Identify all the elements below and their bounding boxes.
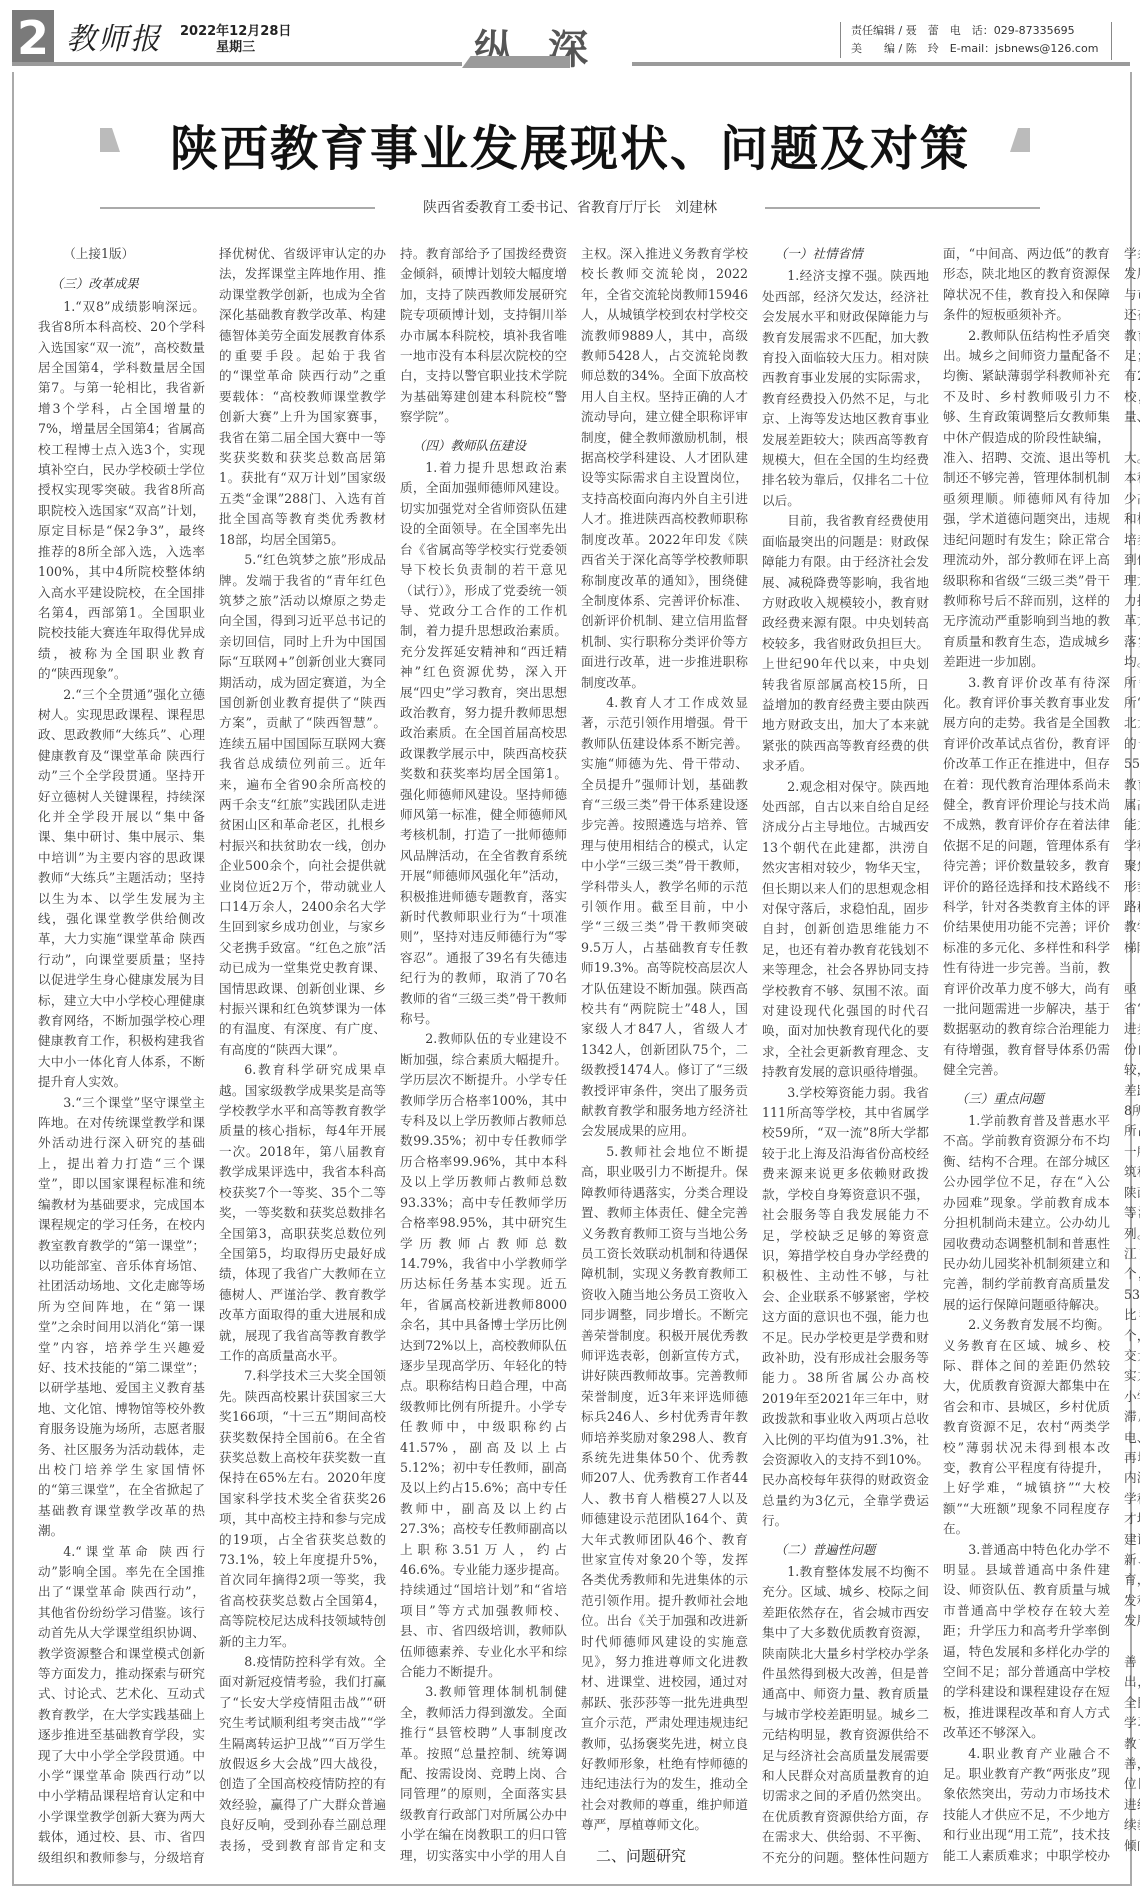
newspaper-logo: 教师报 [66, 14, 162, 58]
date-text: 2022年12月28日 [180, 24, 291, 40]
section-heading: （四）教师队伍建设 [400, 436, 567, 456]
article-paragraph: 1.学前教育普及普惠水平不高。学前教育资源分布不均衡、结构不合理。在部分城区公办… [943, 1111, 1110, 1315]
section-heading: （一）社情省情 [762, 244, 929, 264]
article-paragraph: 3.学校筹资能力弱。我省111所高等学校，其中省属学校59所，“双一流”8所大学… [762, 1083, 929, 1532]
byline-rule-right [765, 207, 1040, 209]
article-paragraph: 3.“三个课堂”坚守课堂主阵地。在对传统课堂教学和课外活动进行深入研究的基础上，… [38, 1093, 205, 1542]
article-paragraph: 3.教育评价改革有待深化。教育评价事关教育事业发展方向的走势。我省是全国教育评价… [943, 673, 1110, 1081]
masthead-rule-left [12, 62, 462, 66]
article-paragraph: 2.教师队伍的专业建设不断加强，综合素质大幅提升。学历层次不断提升。小学专任教师… [400, 1029, 567, 1682]
article-paragraph: 4.教育人才工作成效显著，示范引领作用增强。骨干教师队伍建设体系不断完善。实施“… [581, 693, 748, 1142]
article-paragraph: 1.着力提升思想政治素质，全面加强师德师风建设。切实加强党对全省师资队伍建设的全… [400, 458, 567, 1029]
article-paragraph: 2.义务教育发展不均衡。义务教育在区域、城乡、校际、群体之间的差距仍然较大，优质… [943, 1315, 1110, 1539]
article-paragraph: 6.研究生教育与学科建设亟待提升。纵向比较，我省“双一流”建设高校及学科的进步逐… [1124, 958, 1140, 1631]
article-paragraph: 目前，我省教育经费使用面临最突出的问题是：财政保障能力有限。由于经济社会发展、减… [762, 511, 929, 776]
article-headline: 陕西教育事业发展现状、问题及对策 [0, 110, 1140, 179]
article-paragraph: 5.高等教育发展压力较大。大学尤其“双一流”大学的本科教育地位思想不坚定。不少高… [1124, 428, 1140, 959]
section-heading: 二、问题研究 [581, 1846, 748, 1866]
editor-info: 责任编辑 / 聂 蕾 电 话：029-87335695 美 编 / 陈 玲 E-… [840, 22, 1098, 58]
article-paragraph: 2.教师队伍结构性矛盾突出。城乡之间师资力量配备不均衡、紧缺薄弱学科教师补充不及… [943, 326, 1110, 673]
editor-divider [1111, 22, 1112, 60]
article-paragraph: 7.科学技术三大奖全国领先。陕西高校累计获国家三大奖166项，“十三五”期间高校… [219, 1366, 386, 1652]
section-heading: （三）改革成果 [38, 274, 205, 294]
article-paragraph: 1.经济支撑不强。陕西地处西部，经济欠发达，经济社会发展水平和财政保障能力与教育… [762, 266, 929, 511]
masthead-rule-right [632, 62, 1130, 66]
page-number-badge: 2 [12, 10, 54, 66]
issue-date: 2022年12月28日 星期三 [180, 24, 291, 56]
section-heading: （三）重点问题 [943, 1089, 1110, 1109]
article-paragraph: 1.“双8”成绩影响深远。我省8所本科高校、20个学科入选国家“双一流”，高校数… [38, 297, 205, 685]
article-paragraph: 6.教育科学研究成果卓越。国家级教学成果奖是高等学校教学水平和高等教育教学质量的… [219, 1060, 386, 1366]
article-body: （上接1版） （三）改革成果1.“双8”成绩影响深远。我省8所本科高校、20个学… [38, 244, 1110, 1874]
article-paragraph: 3.普通高中特色化办学不明显。县域普通高中条件建设、师资队伍、教育质量与城市普通… [943, 1540, 1110, 1744]
section-tab-decoration [462, 56, 570, 68]
masthead: 2 教师报 2022年12月28日 星期三 纵深 责任编辑 / 聂 蕾 电 话：… [0, 0, 1140, 70]
article-paragraph: 2.观念相对保守。陕西地处西部，自古以来自给自足经济成分占主导地位。古城西安13… [762, 777, 929, 1083]
article-paragraph: 2.“三个全贯通”强化立德树人。实现思政课程、课程思政、思政教师“大练兵”、心理… [38, 685, 205, 1093]
section-heading: （二）普遍性问题 [762, 1540, 929, 1560]
editor-line: 责任编辑 / 聂 蕾 电 话：029-87335695 [851, 22, 1098, 40]
continued-from-note: （上接1版） [38, 244, 205, 264]
designer-line: 美 编 / 陈 玲 E-mail：jsbnews@126.com [851, 40, 1098, 58]
article-paragraph: 5.“红色筑梦之旅”形成品牌。发端于我省的“青年红色筑梦之旅”活动以燎原之势走向… [219, 550, 386, 1060]
weekday-text: 星期三 [180, 40, 291, 56]
article-paragraph: 5.教师社会地位不断提高，职业吸引力不断提升。保障教师待遇落实，分类合理设置、教… [581, 1142, 748, 1836]
